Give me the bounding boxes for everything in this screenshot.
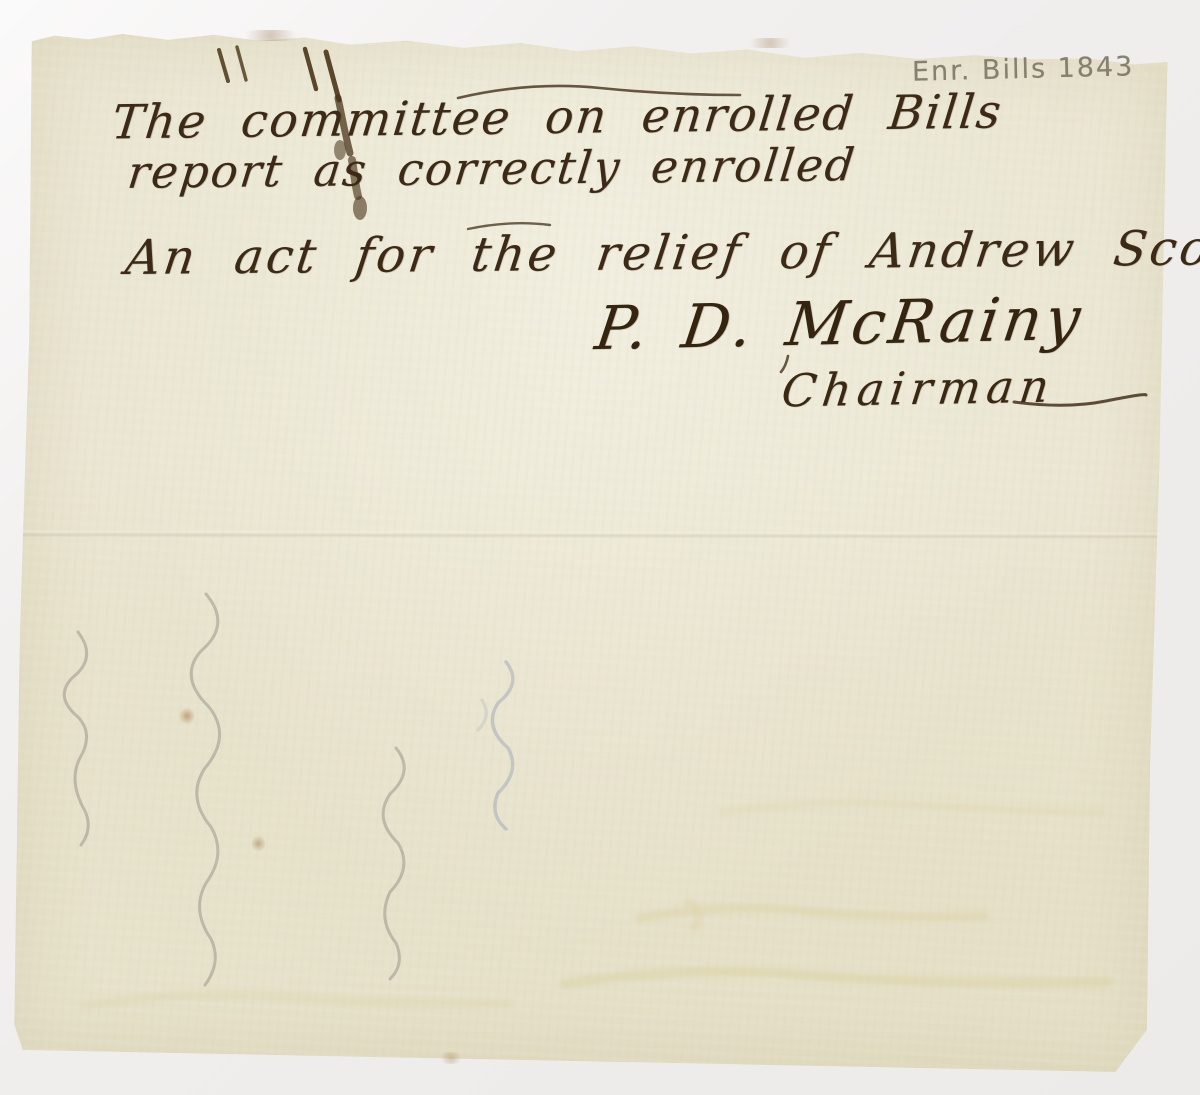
scanned-document-page: { "document": { "archive_label": "Enr. B…	[0, 0, 1200, 1095]
torn-edge-stain	[742, 38, 798, 48]
paper-texture	[11, 28, 1167, 1073]
manuscript-paper-sheet	[11, 28, 1167, 1073]
